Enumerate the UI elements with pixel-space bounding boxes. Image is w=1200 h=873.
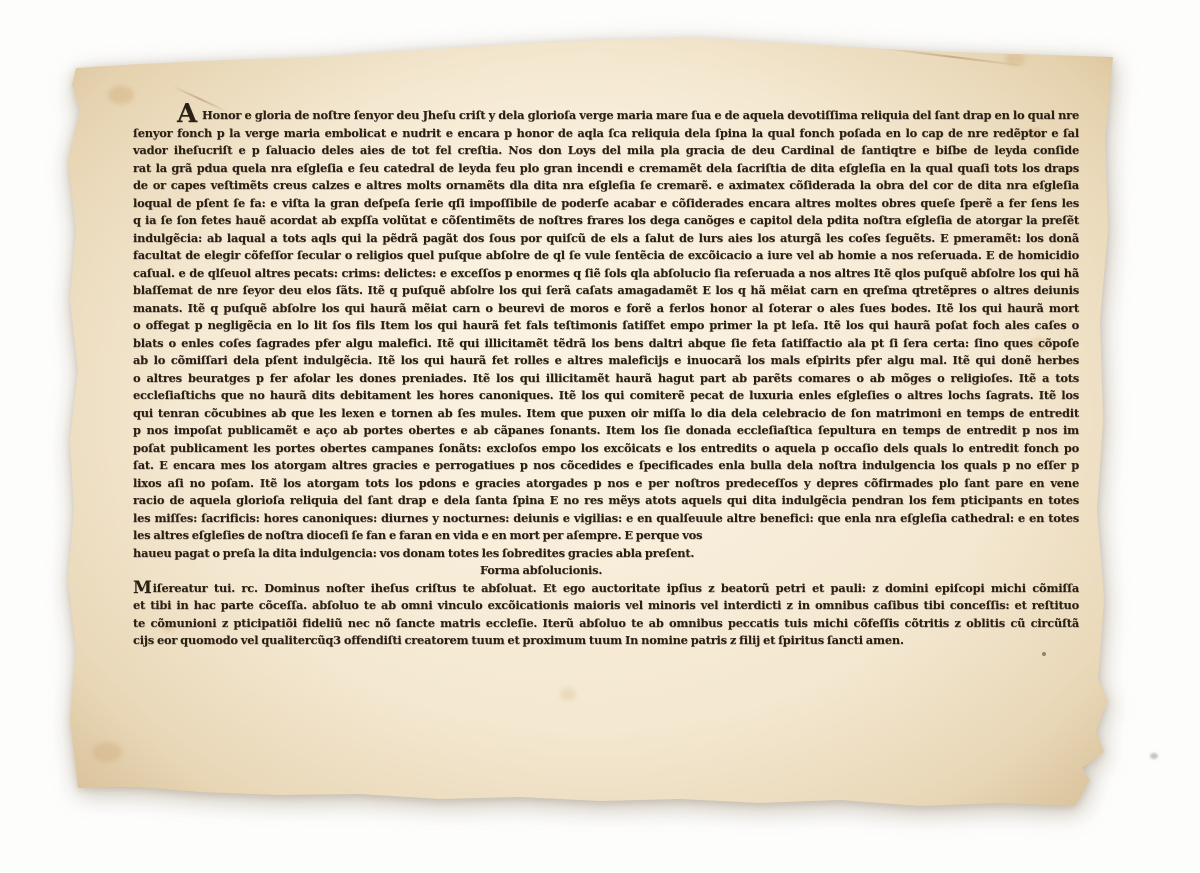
text-line: caſual. e de qlſeuol altres pecats: crim… — [133, 265, 1079, 283]
text-line: blats o enles coſes ſagrades pfer algu m… — [133, 335, 1079, 353]
text-line: ab lo cõmiſſari dela pſent indulgẽcia. I… — [133, 352, 1079, 370]
absolution-line: te cõmunioni z pticipatiõi fideliũ nec n… — [133, 615, 1079, 633]
text-line: q ia ſe ſon fetes hauẽ acordat ab expſſa… — [133, 212, 1079, 230]
text-line: poſat publicament les portes obertes cam… — [133, 440, 1079, 458]
text-line: indulgẽcia: ab laqual a tots aqls qui la… — [133, 230, 1079, 248]
ink-speck — [1042, 652, 1046, 656]
forma-absolucionis-heading: Forma abſolucionis. — [133, 562, 1200, 580]
text-line: racio de aquela glorioſa reliquia del ſa… — [133, 492, 1079, 510]
text-line: de or capes veſtimẽts creus calzes e alt… — [133, 177, 1079, 195]
photograph-background: AHonor e gloria de noſtre ſenyor deu Jhe… — [0, 0, 1200, 873]
text-line: ſenyor fonch p la verge maria embolicat … — [133, 125, 1079, 143]
text-line: facultat de elegir cõfeſſor ſecular o re… — [133, 247, 1079, 265]
text-line: qui tenran cõcubines ab que les lexen e … — [133, 405, 1079, 423]
paper-sheet-wrapper: AHonor e gloria de noſtre ſenyor deu Jhe… — [60, 25, 1125, 820]
absolution-line: et tibi in hac parte cõceſſa. abſoluo te… — [133, 597, 1079, 615]
text-line: p nos impoſat publicamẽt e aço ab portes… — [133, 422, 1079, 440]
text-line: vador iheſucriſt e p ſaluacio deles aies… — [133, 142, 1079, 160]
text-block: AHonor e gloria de noſtre ſenyor deu Jhe… — [133, 106, 1079, 650]
foxing-stain — [560, 688, 576, 700]
text-line-first: AHonor e gloria de noſtre ſenyor deu Jhe… — [133, 106, 1079, 125]
text-line-closing: haueu pagat o preſa la dita indulgencia:… — [133, 545, 1079, 563]
text-line: ſat. E encara mes los atorgam altres gra… — [133, 457, 1079, 475]
text-line: eccleſiaſtichs que no haurã dits debitam… — [133, 387, 1079, 405]
text-line: o altres beuratges p fer afolar les done… — [133, 370, 1079, 388]
absolution-initial: M — [133, 578, 152, 598]
text-line: loqual de pſent ſe fa: e viſta la gran d… — [133, 195, 1079, 213]
foxing-stain — [108, 86, 134, 104]
text-line: blaſſemat de nre ſeyor deu elos ſãts. It… — [133, 282, 1079, 300]
text-line-closing: les altres eſgleſies de noſtra dioceſi ſ… — [133, 527, 1079, 545]
text-line: les miſſes: ſacrificis: hores canoniques… — [133, 510, 1079, 528]
drop-cap-initial: A — [177, 99, 197, 129]
text-line: rat la grã pdua quela nra eſgleſia e ſeu… — [133, 160, 1079, 178]
dust-speck — [1150, 753, 1158, 759]
absolution-line-closing: cijs eor quomodo vel qualitercũq3 offend… — [133, 632, 1079, 650]
text-line: o offegat p negligẽcia en lo lit ſos fil… — [133, 317, 1079, 335]
text-line: lixos aſi no poſam. Itẽ los atorgam tots… — [133, 475, 1079, 493]
absolution-line-first: Miſereatur tui. rc. Dominus noſter iheſu… — [133, 580, 1079, 598]
text-line: manats. Itẽ q puſquẽ abſolre los qui hau… — [133, 300, 1079, 318]
foxing-stain — [92, 742, 122, 762]
paper-sheet: AHonor e gloria de noſtre ſenyor deu Jhe… — [60, 25, 1125, 820]
